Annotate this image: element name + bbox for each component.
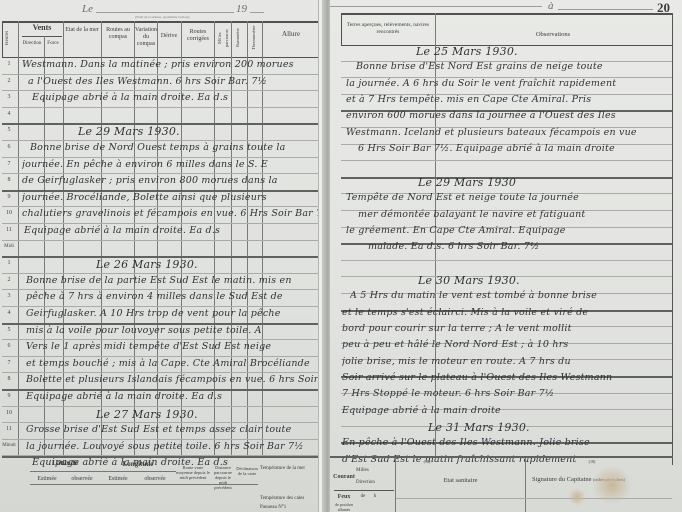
log-entry-line: Equipage abrié à la main droite. Ea d.s [26,391,222,402]
col-milles: Milles parcourus [216,24,226,52]
row-line [341,160,672,161]
log-entry-line: Geirfuglasker. A 10 Hrs trop de vent pou… [26,308,281,319]
footer-num-etat: (16) [420,459,434,464]
row-line [2,206,318,207]
date-line-year: 19 [236,3,247,15]
coffee-stain [568,488,586,506]
row-number: 2 [2,277,16,283]
log-entry-line: Equipage abrié à la main droite. Ea d.s [32,92,228,103]
observation-line: A 5 Hrs du matin le vent est tombé à bon… [350,290,597,301]
observation-date: Le 29 Mars 1930 [418,176,516,189]
row-number: 4 [2,111,16,117]
date-line [96,12,234,13]
col-heures: Heures [4,25,14,51]
observation-line: environ 600 morues dans la journée à l'O… [346,110,616,121]
rule [525,458,526,512]
footer-feux-de: de [358,494,368,499]
col-observations: Observations [436,31,670,38]
footer-panneau: Panneau N°1 [260,505,316,510]
footer-feux-h: h [370,494,380,499]
log-entry-line: chalutiers gravelinois et fécampois en v… [22,208,318,219]
log-entry-line: et temps bouché ; mis à la Cape. Cte Ami… [26,358,310,369]
observation-line: Westmann. Iceland et plusieurs bateaux f… [346,127,637,138]
row-line [2,273,318,274]
footer-etat-sanitaire: Etat sanitaire [396,477,525,484]
log-entry-line: la journée. Louvoyé sous petite toile. 6… [26,441,304,452]
observation-line: la journée. A 6 hrs du Soir le vent fraî… [346,78,616,89]
row-number: Minuit [2,443,16,448]
footer-route-vraie: Route vraie moyenne depuis le midi précé… [175,465,211,480]
col-vents-direction: Direction [20,40,44,47]
row-number: 10 [2,410,16,416]
date-line [558,9,653,10]
col-routes-corrigees: Routes corrigées [182,29,214,43]
observation-line: et le temps s'est éclairci. Mis à la voi… [342,307,588,318]
rule [30,484,258,485]
row-line [2,74,318,75]
col-derive: Dérive [158,33,180,40]
log-entry-line: Vers le 1 après midi tempête d'Est Sud E… [26,341,271,352]
col-variation: Variation du compas [135,27,157,48]
log-entry-line: journée. Brocéliande, Bolette ainsi que … [22,192,267,203]
observation-line: malade. Ea d.s. 6 hrs Soir Bar. 7½ [368,241,539,252]
row-line [2,107,318,108]
col-etat-mer: Etat de la mer [64,27,100,34]
date-line [330,6,542,7]
row-line [2,406,318,407]
row-number: 9 [2,194,16,200]
rule [334,490,394,491]
log-entry-line: pêche à 7 hrs à environ 4 milles dans le… [26,291,283,302]
log-entry-line: Bolette et plusieurs Islandais fécampois… [26,374,318,385]
observation-line: et à 7 Hrs tempête. mis en Cape Cte Amir… [346,94,591,105]
year-line [250,12,264,13]
observation-line: Tempête de Nord Est et neige toute la jo… [346,192,579,203]
footer-lon-estimee: Estimée [100,476,136,482]
observation-line: 7 Hrs Stoppé le moteur. 6 hrs Soir Bar 7… [342,388,554,399]
observation-line: 6 Hrs Soir Bar 7½. Equipage abrié à la m… [358,143,615,154]
footer-courant: Courant [332,474,356,480]
row-number: 6 [2,144,16,150]
footer-lat-observee: observée [64,476,100,482]
observation-line: le gréement. En Cape Cte Amiral. Equipag… [346,225,566,236]
footer-feux-sub: de position allumés [332,502,356,512]
log-entry-line: Grosse brise d'Est Sud Est et temps asse… [26,424,291,435]
col-vents: Vents [22,24,62,31]
row-line [2,422,318,423]
col-terres: Terres aperçues, relèvements, navires re… [342,22,434,36]
right-page: à 20 Terres aperçues, relèvements, navir… [330,0,682,512]
observation-line: Equipage abrié à la main droite [342,405,501,416]
footer-temp-cales: Température des cales [260,496,316,501]
col-barometre: Baromètre [234,24,244,52]
header-note: (Nom de la station, quantième et mois) [135,15,190,19]
row-line [2,90,318,91]
log-entry-date: Le 29 Mars 1930. [78,125,180,138]
log-entry-line: de Geirfuglasker ; pris environ 800 moru… [22,175,278,186]
row-line [2,306,318,307]
row-number: 10 [2,210,16,216]
footer-milles: Milles [356,468,376,473]
row-number: 5 [2,127,16,133]
row-line [2,289,318,290]
row-number: 6 [2,343,16,349]
row-number: Midi [2,244,16,249]
row-number: 1 [2,61,16,67]
observation-line: jolie brise, mis le moteur en route. A 7… [342,356,571,367]
log-entry-date: Le 27 Mars 1930. [96,408,198,421]
rule [395,458,396,512]
date-line-mid: à [548,0,554,12]
row-line [2,439,318,440]
row-line [2,223,318,224]
footer-num-sig: (18) [585,459,599,464]
left-page: Le 19 (Nom de la station, quantième et m… [0,0,326,512]
row-line [341,260,672,261]
footer-longitude: Longitude [100,460,176,468]
log-entry-line: Bonne brise de la partie Est Sud Est le … [26,275,292,286]
observation-line: Bonne brise d'Est Nord Est grains de nei… [356,61,603,72]
observation-line: En pêche à l'Ouest des Iles Westmann. Jo… [342,437,590,448]
row-line [2,140,318,141]
observation-line: peu à peu et hâlé le Nord Nord Est ; à 1… [342,339,569,350]
row-line [2,372,318,373]
row-number: 3 [2,94,16,100]
row-number: 8 [2,376,16,382]
log-entry-line: mis à la voile pour louvoyer sous petite… [26,325,262,336]
row-number: 9 [2,393,16,399]
row-line [2,157,318,158]
row-line [2,356,318,357]
col-thermometre: Thermomètre [250,24,260,52]
observation-date: Le 25 Mars 1930. [416,45,518,58]
col-vents-force: Force [45,40,61,47]
footer-feux: Feux [334,494,354,500]
row-line [2,339,318,340]
rule [30,471,176,472]
row-number: 8 [2,177,16,183]
footer-declinaison: Déclinaison de la carte [235,466,259,476]
observation-date: Le 31 Mars 1930. [428,421,530,434]
row-number: 3 [2,293,16,299]
footer-lon-observee: observée [136,476,174,482]
col-routes-compas: Routes au compas [102,27,134,41]
coffee-stain [592,465,632,505]
observation-date: Le 30 Mars 1930. [418,274,520,287]
footer-divider [330,456,673,458]
log-entry-line: Bonne brise de Nord Ouest temps à grains… [30,142,285,153]
row-line [2,240,318,241]
rule [396,498,672,499]
log-entry-line: Westmann. Dans la matinée ; pris environ… [22,59,294,70]
observation-line: Soir arrivé sur le plateau à l'Ouest des… [342,372,612,383]
row-number: 11 [2,227,16,233]
footer-direction: Direction [356,480,386,485]
footer-latitude: Latitude [30,459,100,467]
vents-divider [22,36,62,37]
footer-distance: Distance parcourue depuis le midi précéd… [211,465,235,490]
row-number: 7 [2,161,16,167]
signature-label: Signature du Capitaine [532,476,592,483]
rule [672,13,673,465]
row-number: 1 [2,260,16,266]
observation-line: bord pour courir sur la terre ; A le ven… [342,323,572,334]
row-number: 7 [2,360,16,366]
row-number: 5 [2,327,16,333]
col-allure: Allure [266,31,316,38]
footer-divider [2,456,318,458]
observation-line: mer démontée balayant le navire et fatig… [358,209,585,220]
row-number: 4 [2,310,16,316]
row-number: 11 [2,426,16,432]
footer-temp-mer: Température de la mer [260,466,316,471]
log-entry-line: a l'Ouest des Iles Westmann. 6 hrs Soir … [28,76,267,87]
log-entry-date: Le 26 Mars 1930. [96,258,198,271]
footer-lat-estimee: Estimée [30,476,64,482]
row-number: 2 [2,78,16,84]
date-line-prefix: Le [82,3,93,15]
log-entry-line: Equipage abrié à la main droite. Ea d.s [24,225,220,236]
row-line [2,173,318,174]
log-entry-line: journée. En pêche à environ 6 milles dan… [22,159,268,170]
